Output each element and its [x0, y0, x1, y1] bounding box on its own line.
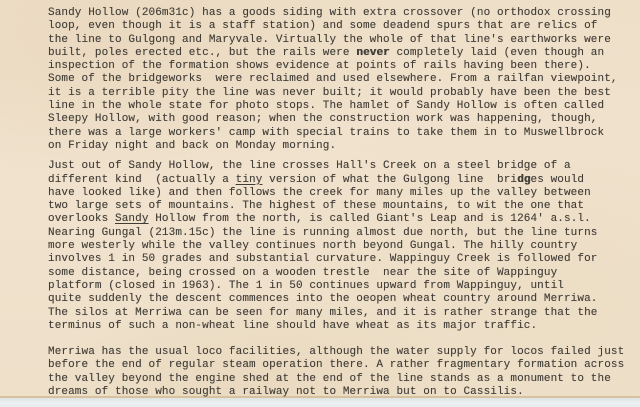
- text-run: platform (closed in 1963). The 1 in 50 c…: [48, 280, 564, 292]
- text-line: line in the whole state for photo stops.…: [48, 100, 630, 113]
- paragraph: Merriwa has the usual loco facilities, a…: [48, 346, 630, 399]
- text-run: Just out of Sandy Hollow, the line cross…: [48, 160, 571, 172]
- text-run: the valley beyond the engine shed at the…: [48, 373, 611, 385]
- text-run: Some of the bridgeworks were reclaimed a…: [48, 73, 618, 85]
- text-line: on Friday night and back on Monday morni…: [48, 140, 630, 153]
- text-line: more westerly while the valley continues…: [48, 240, 630, 253]
- text-run: there was a large workers' camp with spe…: [48, 127, 604, 139]
- text-run: different kind (actually a: [48, 174, 236, 186]
- text-run: have looked like) and then follows the c…: [48, 187, 591, 199]
- overstruck-text: never: [356, 47, 390, 59]
- text-line: Sleepy Hollow, with good reason; when th…: [48, 113, 630, 126]
- text-line: there was a large workers' camp with spe…: [48, 127, 630, 140]
- scanner-background-strip: [0, 398, 640, 407]
- text-run: built, poles erected etc., but the rails…: [48, 47, 356, 59]
- text-line: involves 1 in 50 grades and substantial …: [48, 253, 630, 266]
- text-run: some distance, being crossed on a wooden…: [48, 267, 557, 279]
- text-run: Merriwa has the usual loco facilities, a…: [48, 346, 624, 358]
- text-run: loop, even though it is a staff station)…: [48, 20, 598, 32]
- text-line: Nearing Gungal (213m.15c) the line is ru…: [48, 227, 630, 240]
- text-line: Merriwa has the usual loco facilities, a…: [48, 346, 630, 359]
- text-line: two large sets of mountains. The highest…: [48, 200, 630, 213]
- text-line: Some of the bridgeworks were reclaimed a…: [48, 73, 630, 86]
- text-line: built, poles erected etc., but the rails…: [48, 47, 630, 60]
- text-run: quite suddenly the descent commences int…: [48, 293, 598, 305]
- text-line: loop, even though it is a staff station)…: [48, 20, 630, 33]
- text-run: before the end of regular steam operatio…: [48, 359, 624, 371]
- text-line: the line to Gulgong and Maryvale. Virtua…: [48, 34, 630, 47]
- text-line: quite suddenly the descent commences int…: [48, 293, 630, 306]
- text-line: it is a terrible pity the line was never…: [48, 87, 630, 100]
- text-run: line in the whole state for photo stops.…: [48, 100, 604, 112]
- text-run: completely laid (even though an: [390, 47, 604, 59]
- text-run: terminus of such a non-wheat line should…: [48, 320, 537, 332]
- text-run: the line to Gulgong and Maryvale. Virtua…: [48, 34, 611, 46]
- text-line: before the end of regular steam operatio…: [48, 359, 630, 372]
- text-run: version of what the Gulgong line bri: [262, 174, 517, 186]
- underlined-text: Sandy: [115, 213, 149, 225]
- text-run: more westerly while the valley continues…: [48, 240, 577, 252]
- text-run: overlooks: [48, 213, 115, 225]
- text-run: The silos at Merriwa can be seen for man…: [48, 307, 598, 319]
- text-line: The silos at Merriwa can be seen for man…: [48, 307, 630, 320]
- text-line: Sandy Hollow (206m31c) has a goods sidin…: [48, 7, 630, 20]
- underlined-text: tiny: [236, 174, 263, 186]
- text-line: overlooks Sandy Hollow from the north, i…: [48, 213, 630, 226]
- paragraph: Just out of Sandy Hollow, the line cross…: [48, 160, 630, 333]
- text-run: Nearing Gungal (213m.15c) the line is ru…: [48, 227, 598, 239]
- paragraph: Sandy Hollow (206m31c) has a goods sidin…: [48, 7, 630, 153]
- typed-text-block: Sandy Hollow (206m31c) has a goods sidin…: [48, 7, 630, 399]
- text-run: dreams of those who sought a railway not…: [48, 386, 524, 398]
- text-line: terminus of such a non-wheat line should…: [48, 320, 630, 333]
- text-run: Hollow from the north, is called Giant's…: [149, 213, 591, 225]
- overstruck-text: dg: [517, 174, 530, 186]
- text-line: different kind (actually a tiny version …: [48, 174, 630, 187]
- text-line: platform (closed in 1963). The 1 in 50 c…: [48, 280, 630, 293]
- text-line: inspection of the formation shows eviden…: [48, 60, 630, 73]
- scanned-page: Sandy Hollow (206m31c) has a goods sidin…: [0, 0, 640, 398]
- text-line: have looked like) and then follows the c…: [48, 187, 630, 200]
- text-run: it is a terrible pity the line was never…: [48, 87, 611, 99]
- text-line: Just out of Sandy Hollow, the line cross…: [48, 160, 630, 173]
- text-run: on Friday night and back on Monday morni…: [48, 140, 336, 152]
- text-run: two large sets of mountains. The highest…: [48, 200, 584, 212]
- text-run: es would: [531, 174, 585, 186]
- text-line: some distance, being crossed on a wooden…: [48, 267, 630, 280]
- text-run: Sleepy Hollow, with good reason; when th…: [48, 113, 598, 125]
- text-run: inspection of the formation shows eviden…: [48, 60, 591, 72]
- text-line: the valley beyond the engine shed at the…: [48, 373, 630, 386]
- text-run: involves 1 in 50 grades and substantial …: [48, 253, 598, 265]
- text-run: Sandy Hollow (206m31c) has a goods sidin…: [48, 7, 611, 19]
